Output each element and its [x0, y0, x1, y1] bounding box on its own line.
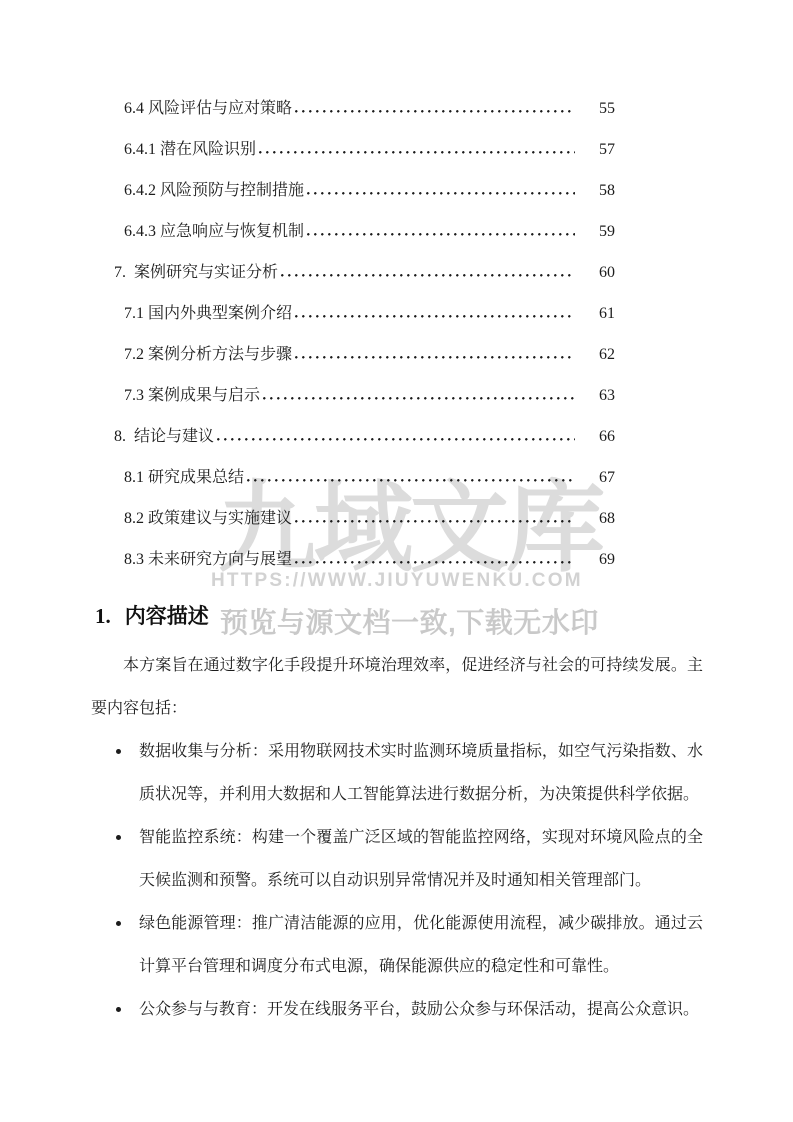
toc-dot-leader [263, 397, 575, 400]
document-page: 九域文库 HTTPS://WWW.JIUYUWENKU.COM 预览与源文档一致… [0, 0, 793, 1122]
toc-entry: 8.2 政策建议与实施建议 68 [114, 498, 615, 539]
list-item: 公众参与与教育：开发在线服务平台，鼓励公众参与环保活动，提高公众意识。 [91, 988, 703, 1031]
toc-entry: 7.1 国内外典型案例介绍 61 [114, 293, 615, 334]
bullet-icon [116, 1007, 121, 1012]
bullet-icon [116, 749, 121, 754]
table-of-contents: 6.4 风险评估与应对策略 55 6.4.1 潜在风险识别 57 6.4.2 风… [114, 88, 615, 580]
toc-dot-leader [259, 151, 575, 154]
watermark-slogan: 预览与源文档一致,下载无水印 [220, 601, 599, 641]
toc-entry: 8. 结论与建议 66 [114, 416, 615, 457]
toc-entry: 7.2 案例分析方法与步骤 62 [114, 334, 615, 375]
toc-entry-label: 8. 结论与建议 [114, 416, 214, 457]
toc-entry-label: 8.1 研究成果总结 [124, 457, 244, 498]
toc-entry-label: 6.4.3 应急响应与恢复机制 [124, 211, 304, 252]
toc-entry: 7.3 案例成果与启示 63 [114, 375, 615, 416]
toc-entry-label: 8.2 政策建议与实施建议 [124, 498, 292, 539]
toc-entry-label: 8.3 未来研究方向与展望 [124, 539, 292, 580]
toc-page-number: 55 [581, 88, 615, 129]
list-item: 数据收集与分析：采用物联网技术实时监测环境质量指标，如空气污染指数、水质状况等，… [91, 730, 703, 816]
toc-entry: 6.4.2 风险预防与控制措施 58 [114, 170, 615, 211]
toc-entry: 6.4 风险评估与应对策略 55 [114, 88, 615, 129]
toc-page-number: 66 [581, 416, 615, 457]
toc-dot-leader [307, 192, 575, 195]
list-item: 智能监控系统：构建一个覆盖广泛区域的智能监控网络，实现对环境风险点的全天候监测和… [91, 816, 703, 902]
section-number: 1. [95, 600, 111, 632]
section-content: 本方案旨在通过数字化手段提升环境治理效率，促进经济与社会的可持续发展。主要内容包… [91, 644, 703, 1031]
toc-page-number: 59 [581, 211, 615, 252]
toc-dot-leader [295, 315, 575, 318]
toc-dot-leader [247, 479, 575, 482]
intro-paragraph: 本方案旨在通过数字化手段提升环境治理效率，促进经济与社会的可持续发展。主要内容包… [91, 644, 703, 730]
toc-entry: 6.4.3 应急响应与恢复机制 59 [114, 211, 615, 252]
list-item-text: 绿色能源管理：推广清洁能源的应用，优化能源使用流程，减少碳排放。通过云计算平台管… [139, 915, 703, 975]
bullet-icon [116, 835, 121, 840]
toc-page-number: 68 [581, 498, 615, 539]
list-item-text: 智能监控系统：构建一个覆盖广泛区域的智能监控网络，实现对环境风险点的全天候监测和… [139, 829, 703, 889]
toc-dot-leader [281, 274, 575, 277]
toc-entry-label: 7. 案例研究与实证分析 [114, 252, 278, 293]
toc-entry-label: 6.4.1 潜在风险识别 [124, 129, 256, 170]
toc-dot-leader [295, 561, 575, 564]
toc-dot-leader [295, 520, 575, 523]
toc-entry: 7. 案例研究与实证分析 60 [114, 252, 615, 293]
toc-entry: 8.3 未来研究方向与展望 69 [114, 539, 615, 580]
toc-dot-leader [295, 356, 575, 359]
toc-page-number: 61 [581, 293, 615, 334]
list-item-text: 公众参与与教育：开发在线服务平台，鼓励公众参与环保活动，提高公众意识。 [139, 1001, 699, 1018]
list-item: 绿色能源管理：推广清洁能源的应用，优化能源使用流程，减少碳排放。通过云计算平台管… [91, 902, 703, 988]
toc-dot-leader [217, 438, 575, 441]
toc-entry: 6.4.1 潜在风险识别 57 [114, 129, 615, 170]
toc-entry-label: 7.1 国内外典型案例介绍 [124, 293, 292, 334]
toc-page-number: 63 [581, 375, 615, 416]
list-item-text: 数据收集与分析：采用物联网技术实时监测环境质量指标，如空气污染指数、水质状况等，… [139, 743, 703, 803]
section-title: 内容描述 [125, 600, 209, 632]
toc-entry-label: 7.3 案例成果与启示 [124, 375, 260, 416]
toc-page-number: 60 [581, 252, 615, 293]
toc-dot-leader [307, 233, 575, 236]
bullet-list: 数据收集与分析：采用物联网技术实时监测环境质量指标，如空气污染指数、水质状况等，… [91, 730, 703, 1031]
toc-entry: 8.1 研究成果总结 67 [114, 457, 615, 498]
bullet-icon [116, 921, 121, 926]
section-heading: 1. 内容描述 [95, 600, 209, 632]
toc-entry-label: 6.4 风险评估与应对策略 [124, 88, 292, 129]
toc-entry-label: 6.4.2 风险预防与控制措施 [124, 170, 304, 211]
toc-page-number: 69 [581, 539, 615, 580]
toc-page-number: 58 [581, 170, 615, 211]
toc-page-number: 62 [581, 334, 615, 375]
toc-page-number: 57 [581, 129, 615, 170]
toc-entry-label: 7.2 案例分析方法与步骤 [124, 334, 292, 375]
toc-dot-leader [295, 110, 575, 113]
toc-page-number: 67 [581, 457, 615, 498]
